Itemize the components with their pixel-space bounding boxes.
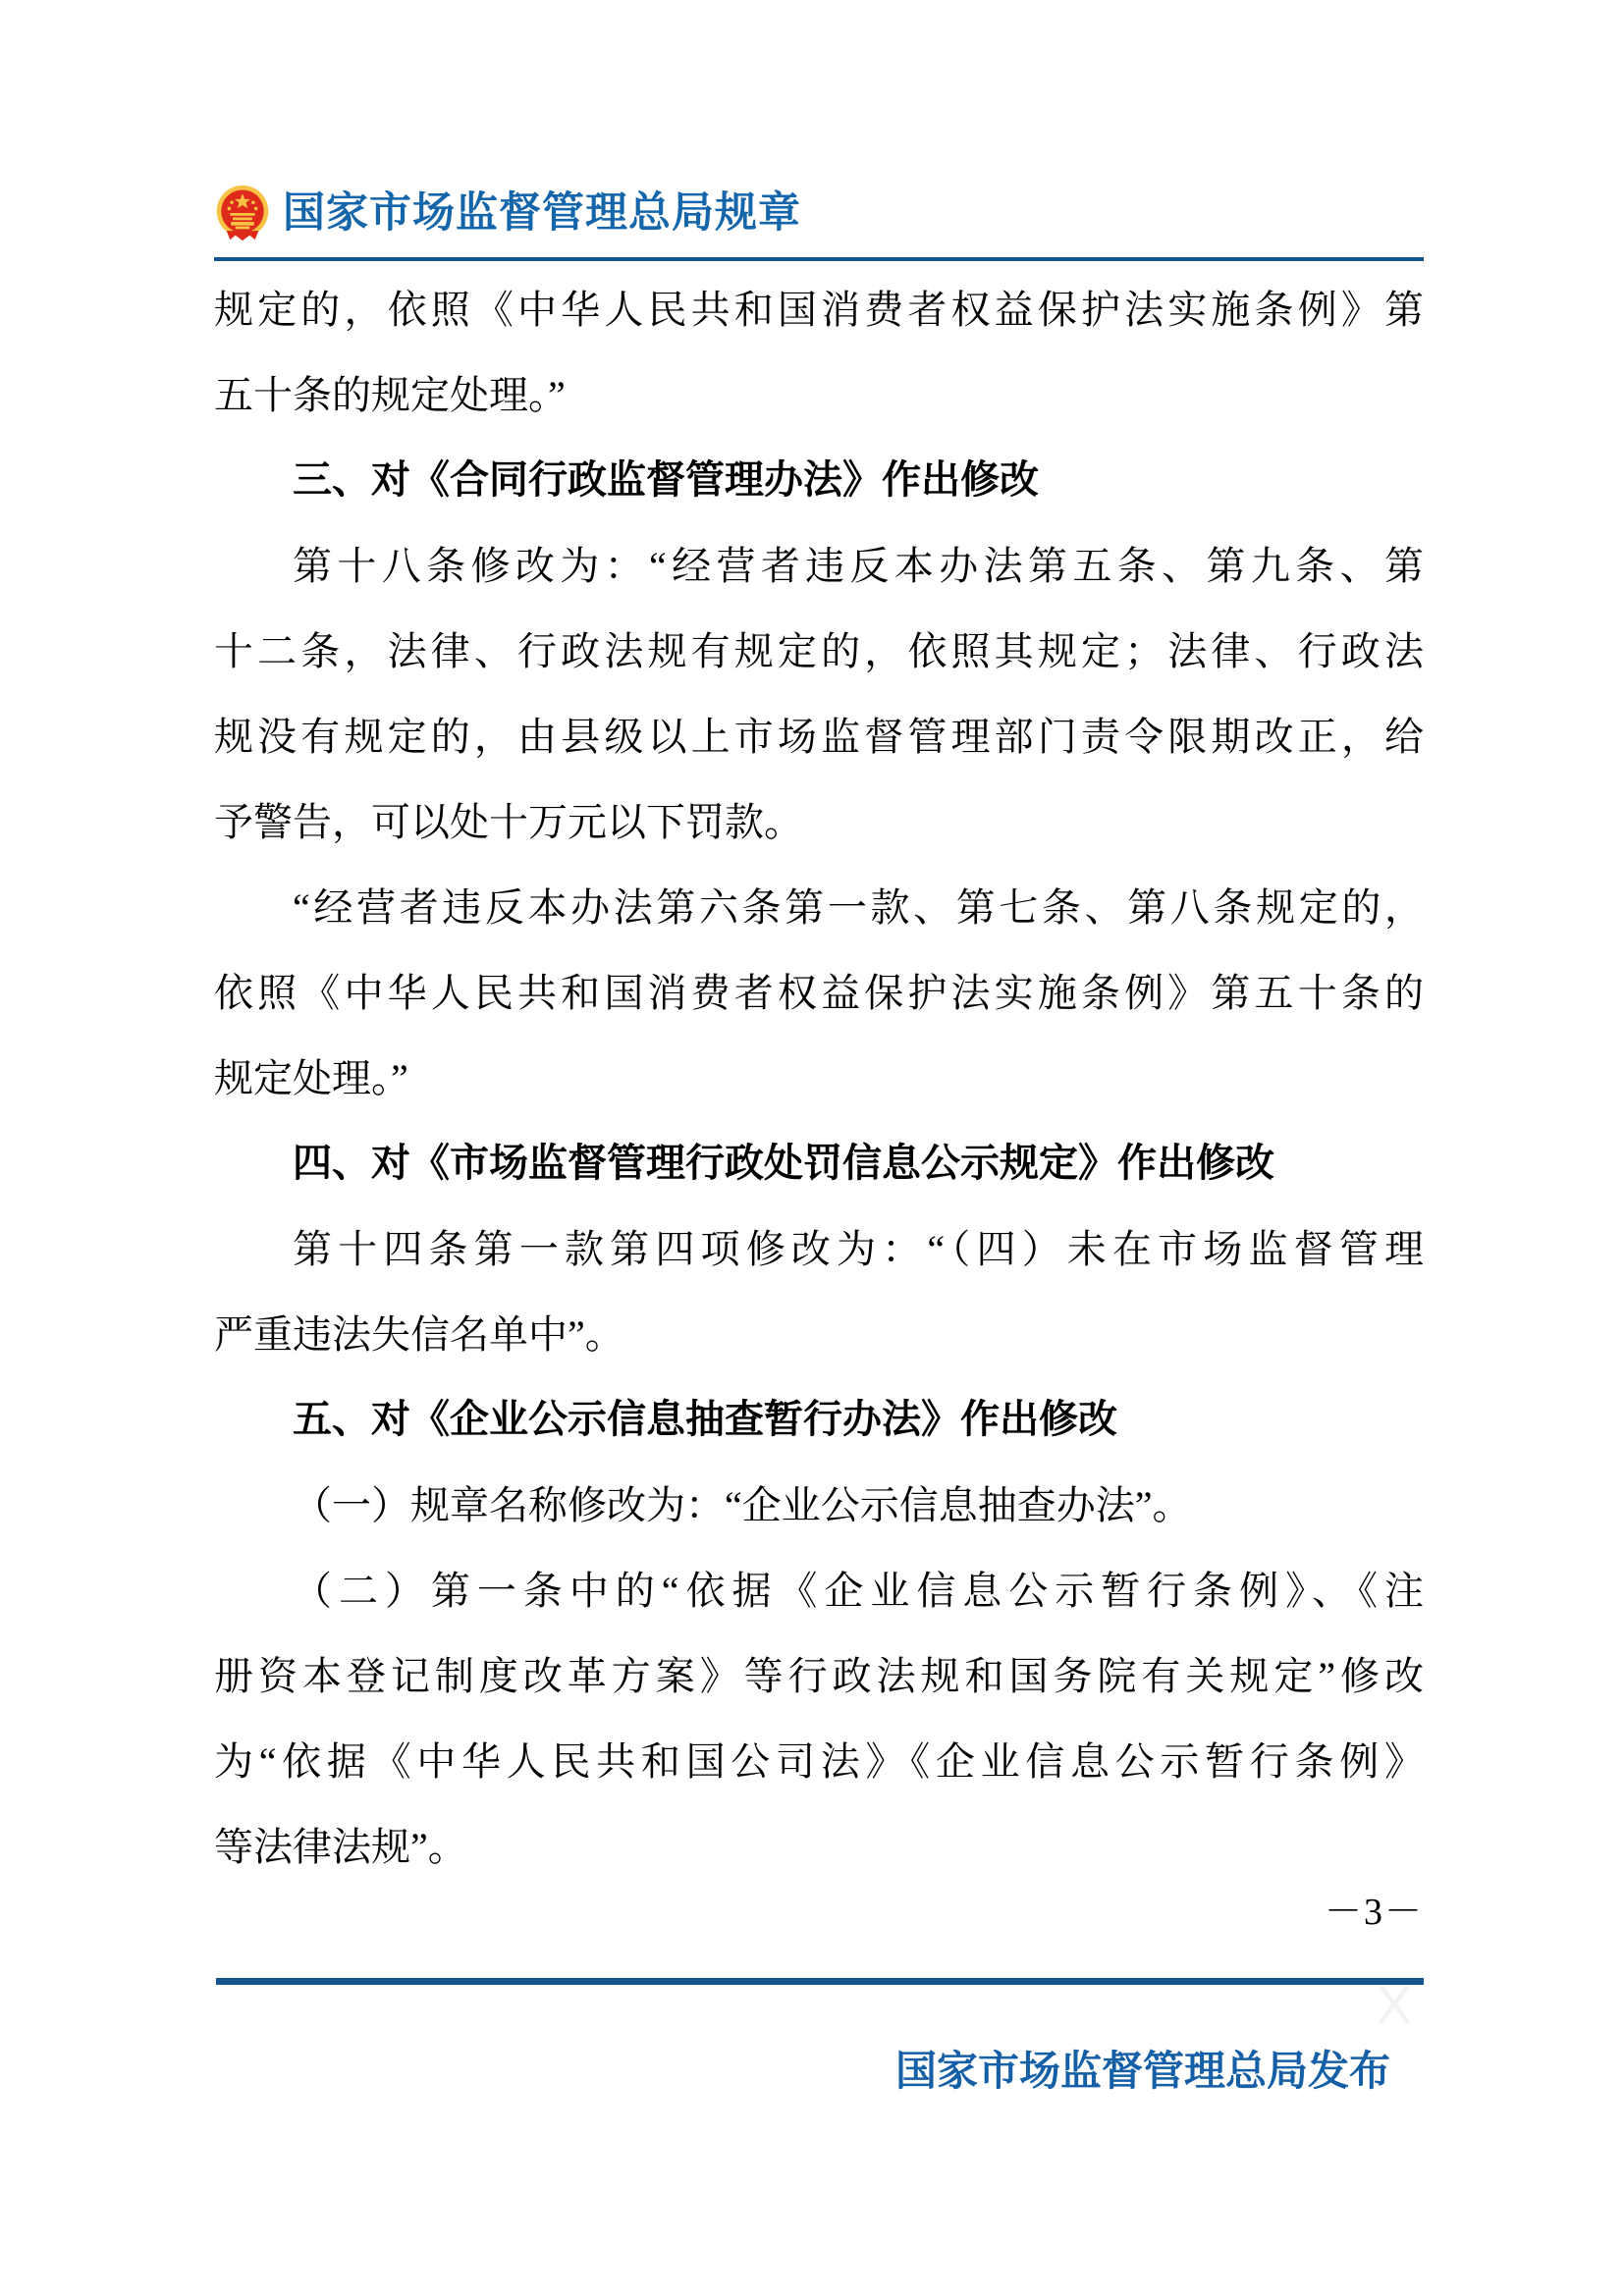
body-line: （一）规章名称修改为：“企业公示信息抽查办法”。: [214, 1463, 1424, 1548]
body-line: 规没有规定的，由县级以上市场监督管理部门责令限期改正，给: [214, 694, 1424, 779]
page-number: －3－: [1325, 1889, 1424, 1936]
document-body: 规定的，依照《中华人民共和国消费者权益保护法实施条例》第五十条的规定处理。”三、…: [214, 267, 1424, 1890]
body-line: （二）第一条中的“依据《企业信息公示暂行条例》、《注: [214, 1548, 1424, 1633]
watermark-x: X: [1377, 1979, 1412, 2032]
national-emblem-icon: [214, 185, 271, 241]
body-line: 依照《中华人民共和国消费者权益保护法实施条例》第五十条的: [214, 950, 1424, 1036]
body-line: 为“依据《中华人民共和国公司法》《企业信息公示暂行条例》: [214, 1719, 1424, 1804]
body-line: 五十条的规定处理。”: [214, 352, 1424, 438]
body-line: 第十八条修改为：“经营者违反本办法第五条、第九条、第: [214, 523, 1424, 609]
body-line: 册资本登记制度改革方案》等行政法规和国务院有关规定”修改: [214, 1633, 1424, 1719]
document-header: 国家市场监督管理总局规章: [214, 185, 801, 241]
section-heading: 四、对《市场监督管理行政处罚信息公示规定》作出修改: [214, 1121, 1424, 1206]
body-line: 规定处理。”: [214, 1036, 1424, 1121]
section-heading: 三、对《合同行政监督管理办法》作出修改: [214, 438, 1424, 523]
body-line: 等法律法规”。: [214, 1804, 1424, 1890]
body-line: 严重违法失信名单中”。: [214, 1292, 1424, 1377]
section-heading: 五、对《企业公示信息抽查暂行办法》作出修改: [214, 1377, 1424, 1463]
footer-divider: [216, 1978, 1424, 1985]
header-divider: [214, 257, 1424, 261]
body-line: 予警告，可以处十万元以下罚款。: [214, 779, 1424, 865]
body-line: 第十四条第一款第四项修改为：“（四）未在市场监督管理: [214, 1206, 1424, 1292]
body-line: 规定的，依照《中华人民共和国消费者权益保护法实施条例》第: [214, 267, 1424, 352]
body-line: “经营者违反本办法第六条第一款、第七条、第八条规定的，: [214, 865, 1424, 950]
body-line: 十二条，法律、行政法规有规定的，依照其规定；法律、行政法: [214, 609, 1424, 694]
page-title: 国家市场监督管理总局规章: [283, 185, 801, 241]
footer-publisher: 国家市场监督管理总局发布: [895, 2046, 1362, 2099]
document-page: 国家市场监督管理总局规章 规定的，依照《中华人民共和国消费者权益保护法实施条例》…: [0, 0, 1624, 2296]
